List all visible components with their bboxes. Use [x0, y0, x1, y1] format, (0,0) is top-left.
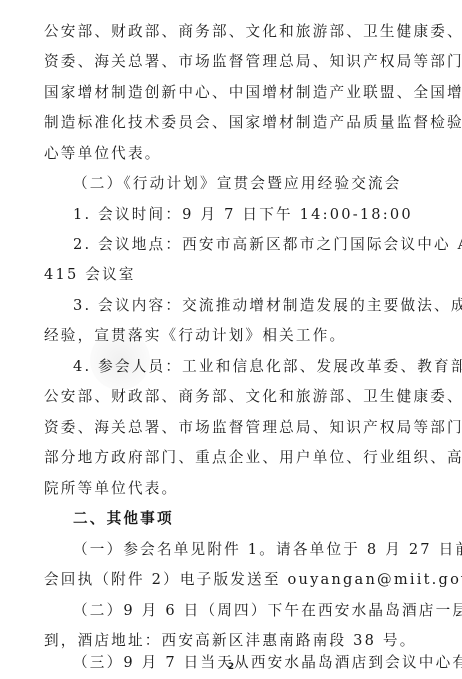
- text-line: 经验，宣贯落实《行动计划》相关工作。: [44, 326, 426, 346]
- meeting-content: 3. 会议内容：交流推动增材制造发展的主要做法、成功: [73, 296, 426, 316]
- page-number: 2: [0, 662, 462, 672]
- text-line: 院所等单位代表。: [44, 479, 426, 499]
- section-heading: 二、其他事项: [73, 509, 426, 529]
- text-line: 心等单位代表。: [44, 144, 426, 164]
- meeting-location: 2. 会议地点：西安市高新区都市之门国际会议中心 A 座: [73, 235, 426, 255]
- section-subheading: （二）《行动计划》宣贯会暨应用经验交流会: [73, 174, 426, 194]
- text-line: （二）9 月 6 日（周四）下午在西安水晶岛酒店一层报: [73, 601, 426, 621]
- text-line: （一）参会名单见附件 1。请各单位于 8 月 27 日前将参: [73, 540, 426, 560]
- email-line: 会回执（附件 2）电子版发送至 ouyangan@miit.gov.cn。: [44, 570, 426, 590]
- text-line: 公安部、财政部、商务部、文化和旅游部、卫生健康委、国: [44, 387, 426, 407]
- attendees: 4. 参会人员：工业和信息化部、发展改革委、教育部、: [73, 357, 426, 377]
- text-line: 制造标准化技术委员会、国家增材制造产品质量监督检验中: [44, 113, 426, 133]
- text-line: 国家增材制造创新中心、中国增材制造产业联盟、全国增材: [44, 83, 426, 103]
- text-line: 资委、海关总署、市场监督管理总局、知识产权局等部门，: [44, 52, 426, 72]
- meeting-time: 1. 会议时间：9 月 7 日下午 14:00-18:00: [73, 205, 426, 225]
- text-line: 到，酒店地址：西安高新区沣惠南路南段 38 号。: [44, 631, 426, 651]
- document-page: 公安部、财政部、商务部、文化和旅游部、卫生健康委、国 资委、海关总署、市场监督管…: [0, 0, 462, 679]
- text-line: 资委、海关总署、市场监督管理总局、知识产权局等部门，: [44, 418, 426, 438]
- text-line: 415 会议室: [44, 265, 426, 285]
- text-line: 公安部、财政部、商务部、文化和旅游部、卫生健康委、国: [44, 22, 426, 42]
- text-line: 部分地方政府部门、重点企业、用户单位、行业组织、高校: [44, 448, 426, 468]
